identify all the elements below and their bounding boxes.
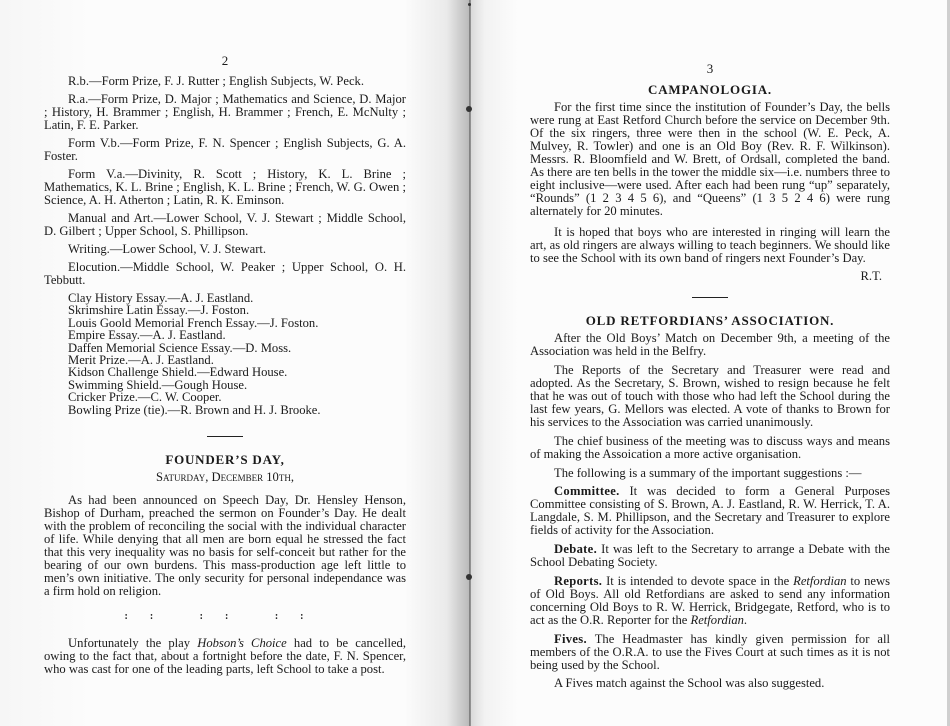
list-item: Empire Essay.—A. J. Eastland.: [68, 329, 406, 341]
ora-heading: OLD RETFORDIANS’ ASSOCIATION.: [530, 314, 890, 327]
right-page: 3 CAMPANOLOGIA. For the first time since…: [470, 0, 950, 726]
signature: R.T.: [530, 270, 890, 283]
founders-day-heading: FOUNDER’S DAY,: [44, 453, 406, 466]
campanologia-paragraph: For the first time since the institution…: [530, 101, 890, 218]
right-page-column: 3 CAMPANOLOGIA. For the first time since…: [530, 62, 890, 695]
list-item: Bowling Prize (tie).—R. Brown and H. J. …: [68, 404, 406, 416]
founders-day-date: Saturday, December 10th,: [44, 471, 406, 484]
campanologia-heading: CAMPANOLOGIA.: [530, 83, 890, 96]
play-title: Hobson’s Choice: [197, 636, 287, 650]
ora-paragraph: After the Old Boys’ Match on December 9t…: [530, 332, 890, 358]
prize-paragraph: Manual and Art.—Lower School, V. J. Stew…: [44, 212, 406, 238]
campanologia-paragraph: It is hoped that boys who are interested…: [530, 226, 890, 265]
fives-match-paragraph: A Fives match against the School was als…: [530, 677, 890, 690]
binding-staple: [466, 574, 472, 580]
prize-paragraph: Form V.a.—Divinity, R. Scott ; History, …: [44, 168, 406, 207]
list-item: Cricker Prize.—C. W. Cooper.: [68, 391, 406, 403]
prize-paragraph: R.a.—Form Prize, D. Major ; Mathematics …: [44, 93, 406, 132]
binding-staple: [466, 106, 472, 112]
fives-paragraph: Fives. The Headmaster has kindly given p…: [530, 633, 890, 672]
ora-paragraph: The chief business of the meeting was to…: [530, 435, 890, 461]
page-number-right: 3: [530, 62, 890, 75]
debate-paragraph: Debate. It was left to the Secretary to …: [530, 543, 890, 569]
reports-paragraph: Reports. It is intended to devote space …: [530, 575, 890, 627]
play-paragraph: Unfortunately the play Hobson’s Choice h…: [44, 637, 406, 676]
ornament-separator: :: :: ::: [44, 610, 406, 623]
page-number-left: 2: [44, 54, 406, 67]
paper-speck: [468, 3, 471, 6]
committee-paragraph: Committee. It was decided to form a Gene…: [530, 485, 890, 537]
prize-paragraph: Elocution.—Middle School, W. Peaker ; Up…: [44, 261, 406, 287]
special-prizes-list: Clay History Essay.—A. J. Eastland. Skri…: [68, 292, 406, 416]
ora-paragraph: The following is a summary of the import…: [530, 467, 890, 480]
left-page: 2 R.b.—Form Prize, F. J. Rutter ; Englis…: [0, 0, 470, 726]
committee-lead: Committee.: [554, 484, 620, 498]
list-item: Skrimshire Latin Essay.—J. Foston.: [68, 304, 406, 316]
list-item: Kidson Challenge Shield.—Edward House.: [68, 366, 406, 378]
ora-paragraph: The Reports of the Secretary and Treasur…: [530, 364, 890, 429]
book-spread: 2 R.b.—Form Prize, F. J. Rutter ; Englis…: [0, 0, 950, 726]
prize-paragraph: Form V.b.—Form Prize, F. N. Spencer ; En…: [44, 137, 406, 163]
prize-paragraph: Writing.—Lower School, V. J. Stewart.: [44, 243, 406, 256]
fives-lead: Fives.: [554, 632, 587, 646]
founders-day-paragraph: As had been announced on Speech Day, Dr.…: [44, 494, 406, 598]
debate-lead: Debate.: [554, 542, 597, 556]
reports-lead: Reports.: [554, 574, 602, 588]
prize-paragraph: R.b.—Form Prize, F. J. Rutter ; English …: [44, 75, 406, 88]
left-page-column: 2 R.b.—Form Prize, F. J. Rutter ; Englis…: [44, 54, 406, 681]
section-divider: [207, 436, 243, 437]
section-divider: [692, 297, 728, 298]
